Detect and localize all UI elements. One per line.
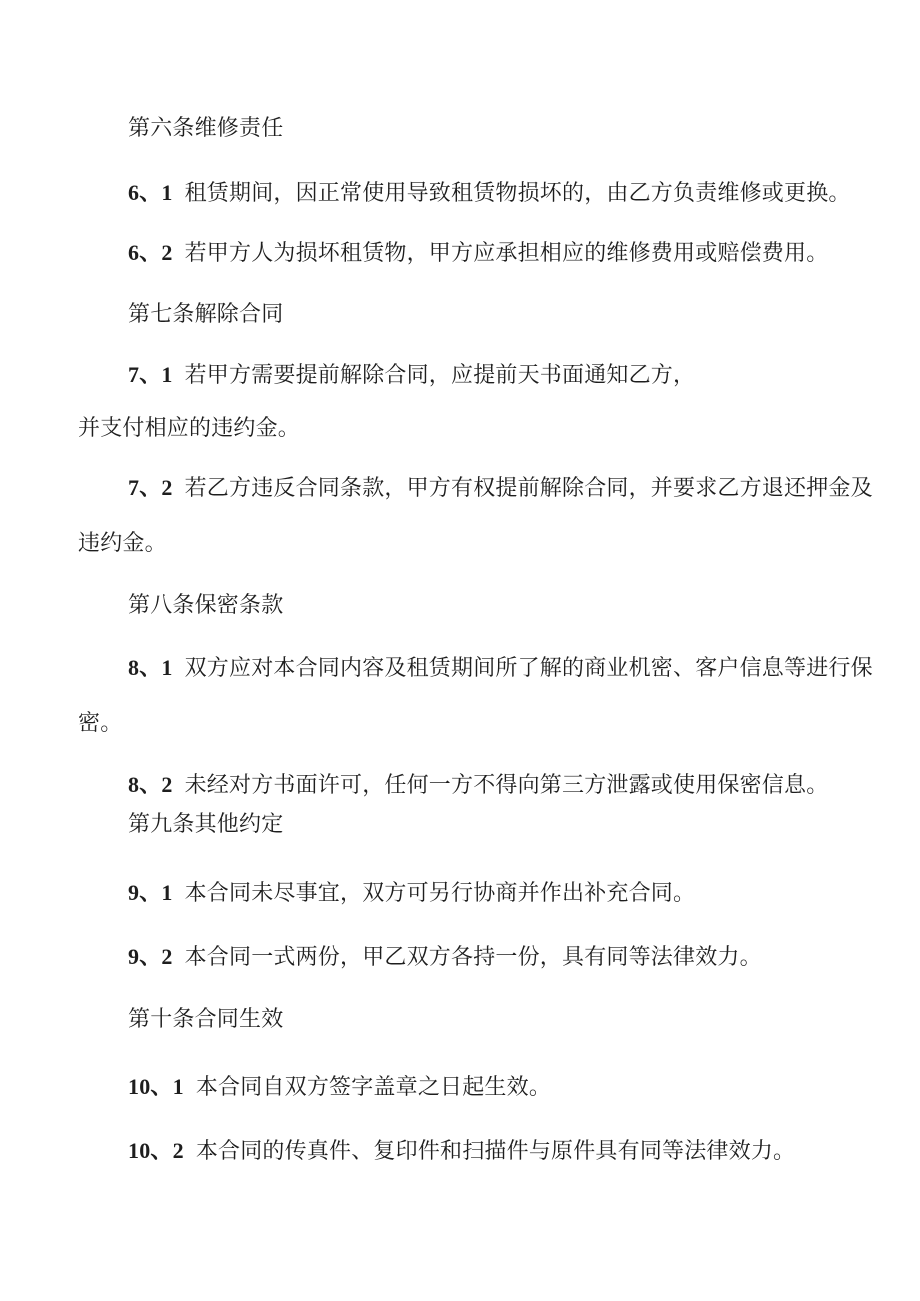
clause-number: 8、2 — [128, 772, 173, 797]
line-text: 密。 — [78, 710, 122, 735]
clause-line-7-1: 7、1若甲方需要提前解除合同，应提前天书面通知乙方， — [128, 362, 695, 388]
clause-line-10-1: 10、1本合同自双方签字盖章之日起生效。 — [128, 1074, 551, 1100]
line-text: 若乙方违反合同条款，甲方有权提前解除合同，并要求乙方退还押金及 — [185, 475, 873, 500]
clause-line-8-1: 8、1双方应对本合同内容及租赁期间所了解的商业机密、客户信息等进行保 — [128, 655, 873, 681]
clause-number: 10、1 — [128, 1074, 184, 1099]
clause-number: 7、1 — [128, 362, 173, 387]
line-text: 第六条维修责任 — [128, 115, 283, 140]
line-text: 本合同一式两份，甲乙双方各持一份，具有同等法律效力。 — [185, 944, 762, 969]
clause-line-9-1: 9、1本合同未尽事宜，双方可另行协商并作出补充合同。 — [128, 880, 695, 906]
line-text: 未经对方书面许可，任何一方不得向第三方泄露或使用保密信息。 — [185, 772, 829, 797]
line-text: 第九条其他约定 — [128, 811, 283, 836]
clause-continuation-line: 违约金。 — [78, 530, 167, 556]
line-text: 租赁期间，因正常使用导致租赁物损坏的，由乙方负责维修或更换。 — [185, 180, 851, 205]
clause-number: 6、2 — [128, 240, 173, 265]
clause-number: 8、1 — [128, 655, 173, 680]
line-text: 并支付相应的违约金。 — [78, 415, 300, 440]
clause-number: 7、2 — [128, 475, 173, 500]
clause-number: 9、1 — [128, 880, 173, 905]
clause-continuation-line: 密。 — [78, 710, 122, 736]
clause-line-8-2: 8、2未经对方书面许可，任何一方不得向第三方泄露或使用保密信息。 — [128, 772, 828, 798]
clause-line-7-2: 7、2若乙方违反合同条款，甲方有权提前解除合同，并要求乙方退还押金及 — [128, 475, 873, 501]
section-heading-8: 第八条保密条款 — [128, 592, 283, 618]
clause-continuation-line: 并支付相应的违约金。 — [78, 415, 300, 441]
line-text: 违约金。 — [78, 530, 167, 555]
clause-number: 9、2 — [128, 944, 173, 969]
section-heading-7: 第七条解除合同 — [128, 301, 283, 327]
clause-number: 6、1 — [128, 180, 173, 205]
line-text: 第十条合同生效 — [128, 1006, 283, 1031]
clause-line-6-2: 6、2若甲方人为损坏租赁物，甲方应承担相应的维修费用或赔偿费用。 — [128, 240, 828, 266]
section-heading-9: 第九条其他约定 — [128, 811, 283, 837]
line-text: 本合同未尽事宜，双方可另行协商并作出补充合同。 — [185, 880, 696, 905]
clause-line-6-1: 6、1租赁期间，因正常使用导致租赁物损坏的，由乙方负责维修或更换。 — [128, 180, 851, 206]
line-text: 第七条解除合同 — [128, 301, 283, 326]
section-heading-10: 第十条合同生效 — [128, 1006, 283, 1032]
line-text: 双方应对本合同内容及租赁期间所了解的商业机密、客户信息等进行保 — [185, 655, 873, 680]
clause-line-9-2: 9、2本合同一式两份，甲乙双方各持一份，具有同等法律效力。 — [128, 944, 762, 970]
line-text: 若甲方人为损坏租赁物，甲方应承担相应的维修费用或赔偿费用。 — [185, 240, 829, 265]
document-page: 第六条维修责任 6、1租赁期间，因正常使用导致租赁物损坏的，由乙方负责维修或更换… — [0, 0, 920, 1301]
clause-line-10-2: 10、2本合同的传真件、复印件和扫描件与原件具有同等法律效力。 — [128, 1138, 795, 1164]
clause-number: 10、2 — [128, 1138, 184, 1163]
line-text: 本合同的传真件、复印件和扫描件与原件具有同等法律效力。 — [196, 1138, 795, 1163]
line-text: 若甲方需要提前解除合同，应提前天书面通知乙方， — [185, 362, 696, 387]
line-text: 第八条保密条款 — [128, 592, 283, 617]
section-heading-6: 第六条维修责任 — [128, 115, 283, 141]
line-text: 本合同自双方签字盖章之日起生效。 — [196, 1074, 551, 1099]
